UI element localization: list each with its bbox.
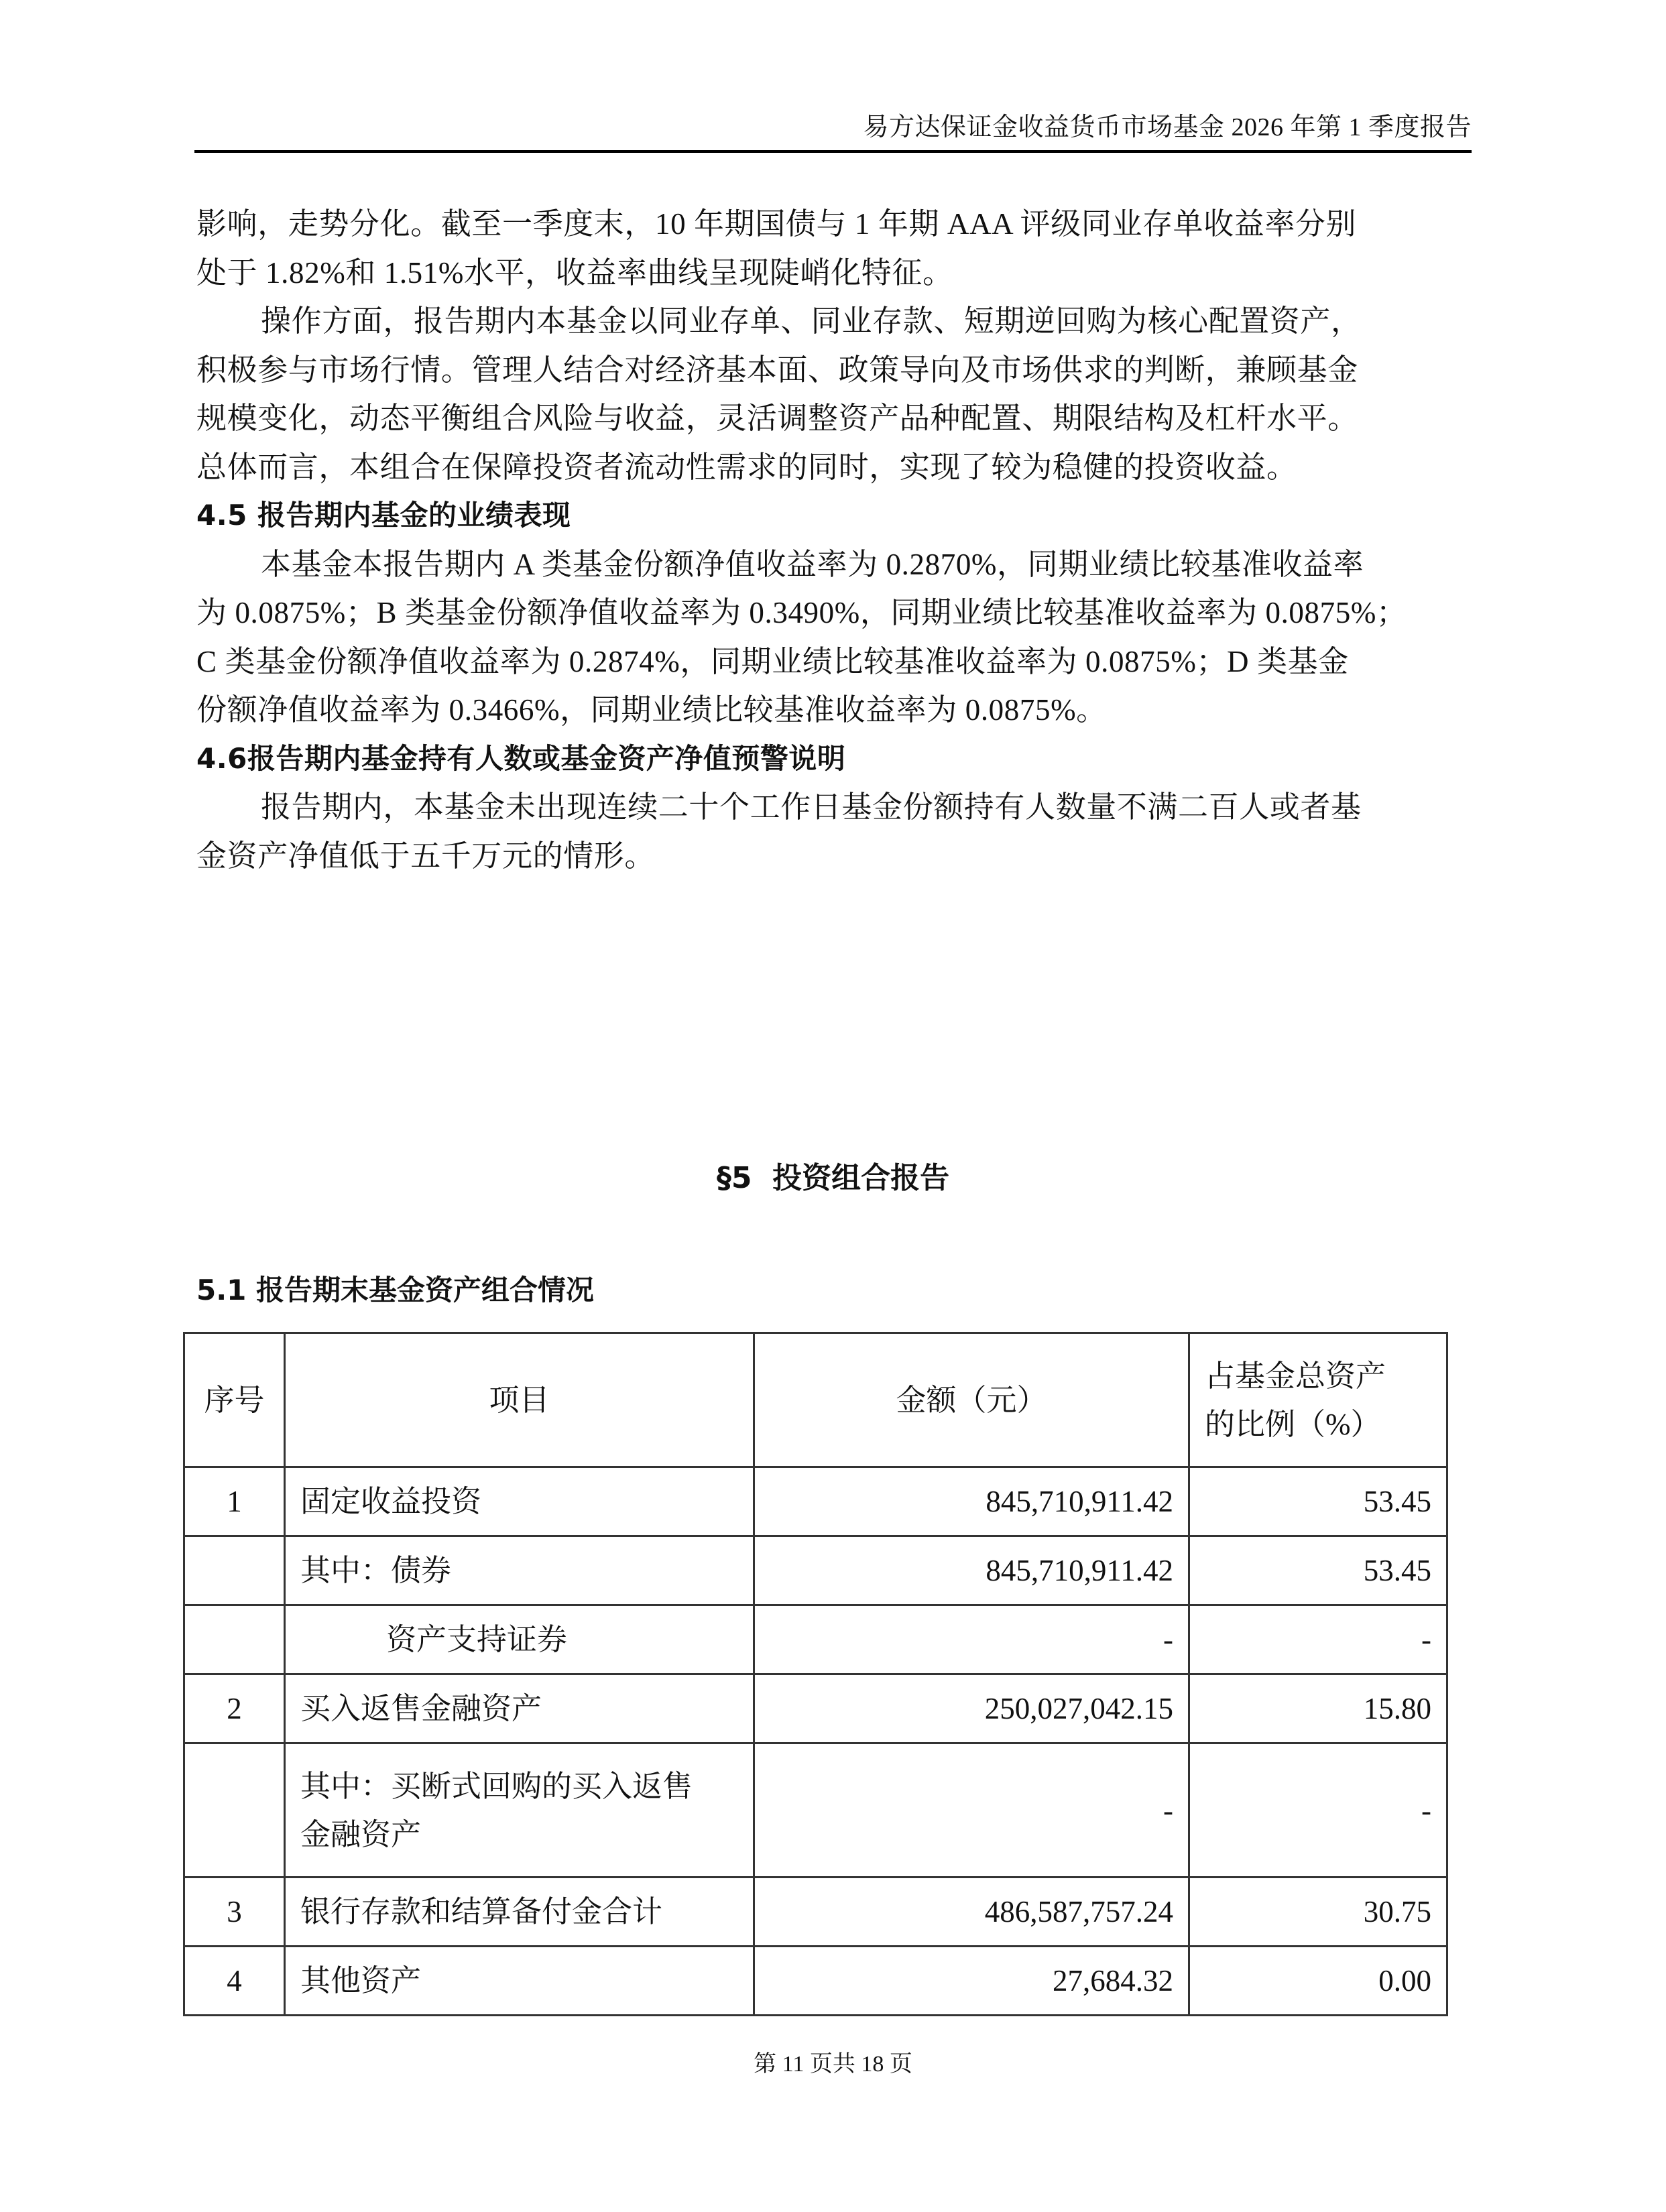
cell-amount: 845,710,911.42: [754, 1467, 1189, 1536]
cell-item: 资产支持证券: [285, 1605, 754, 1674]
cell-item: 银行存款和结算备付金合计: [285, 1878, 754, 1947]
cell-no: 4: [184, 1947, 285, 2016]
table-row: 4 其他资产 27,684.32 0.00: [184, 1947, 1447, 2016]
cell-amount: 27,684.32: [754, 1947, 1189, 2016]
section-5-title: §5 投资组合报告: [0, 1158, 1666, 1199]
text-line: 本基金本报告期内 A 类基金份额净值收益率为 0.2870%，同期业绩比较基准收…: [196, 540, 1470, 589]
cell-no: [184, 1743, 285, 1878]
table-row: 其中：债券 845,710,911.42 53.45: [184, 1536, 1447, 1605]
paragraph-performance: 本基金本报告期内 A 类基金份额净值收益率为 0.2870%，同期业绩比较基准收…: [196, 540, 1470, 735]
heading-4-6: 4.6报告期内基金持有人数或基金资产净值预警说明: [196, 735, 1470, 784]
cell-no: 2: [184, 1674, 285, 1743]
cell-ratio: 53.45: [1189, 1536, 1447, 1605]
text-line: 份额净值收益率为 0.3466%，同期业绩比较基准收益率为 0.0875%。: [196, 686, 1470, 735]
table-row: 其中：买断式回购的买入返售 金融资产 - -: [184, 1743, 1447, 1878]
cell-no: 3: [184, 1878, 285, 1947]
page-header: 易方达保证金收益货币市场基金 2026 年第 1 季度报告: [194, 107, 1472, 154]
header-item: 项目: [285, 1333, 754, 1467]
cell-no: [184, 1605, 285, 1674]
cell-amount: 250,027,042.15: [754, 1674, 1189, 1743]
header-ratio-line: 占基金总资产: [1205, 1352, 1431, 1400]
cell-no: 1: [184, 1467, 285, 1536]
cell-ratio: -: [1189, 1605, 1447, 1674]
header-divider: [194, 150, 1472, 153]
cell-ratio: 15.80: [1189, 1674, 1447, 1743]
table-row: 1 固定收益投资 845,710,911.42 53.45: [184, 1467, 1447, 1536]
cell-amount: -: [754, 1605, 1189, 1674]
cell-item: 固定收益投资: [285, 1467, 754, 1536]
text-line: 规模变化，动态平衡组合风险与收益，灵活调整资产品种配置、期限结构及杠杆水平。: [196, 394, 1470, 443]
cell-ratio: 0.00: [1189, 1947, 1447, 2016]
cell-item-line: 其中：买断式回购的买入返售: [300, 1762, 738, 1810]
cell-item: 其中：债券: [285, 1536, 754, 1605]
text-line: 报告期内，本基金未出现连续二十个工作日基金份额持有人数量不满二百人或者基: [196, 783, 1470, 832]
header-amount: 金额（元）: [754, 1333, 1189, 1467]
cell-item: 其中：买断式回购的买入返售 金融资产: [285, 1743, 754, 1878]
cell-amount: -: [754, 1743, 1189, 1878]
cell-item-line: 金融资产: [300, 1810, 738, 1859]
table-row: 2 买入返售金融资产 250,027,042.15 15.80: [184, 1674, 1447, 1743]
text-line: 总体而言，本组合在保障投资者流动性需求的同时，实现了较为稳健的投资收益。: [196, 443, 1470, 492]
page-body: 影响，走势分化。截至一季度末，10 年期国债与 1 年期 AAA 评级同业存单收…: [196, 200, 1470, 880]
cell-ratio: 53.45: [1189, 1467, 1447, 1536]
text-line: 金资产净值低于五千万元的情形。: [196, 832, 1470, 881]
text-line: 操作方面，报告期内本基金以同业存单、同业存款、短期逆回购为核心配置资产，: [196, 297, 1470, 346]
page-number: 第 11 页共 18 页: [0, 2050, 1666, 2079]
cell-no: [184, 1536, 285, 1605]
cell-item: 买入返售金融资产: [285, 1674, 754, 1743]
cell-amount: 845,710,911.42: [754, 1536, 1189, 1605]
text-line: 影响，走势分化。截至一季度末，10 年期国债与 1 年期 AAA 评级同业存单收…: [196, 200, 1470, 249]
table-row: 资产支持证券 - -: [184, 1605, 1447, 1674]
asset-allocation-table: 序号 项目 金额（元） 占基金总资产 的比例（%） 1 固定收益投资 845,7…: [183, 1332, 1448, 2016]
header-ratio: 占基金总资产 的比例（%）: [1189, 1333, 1447, 1467]
text-line: 为 0.0875%；B 类基金份额净值收益率为 0.3490%，同期业绩比较基准…: [196, 589, 1470, 637]
cell-item: 其他资产: [285, 1947, 754, 2016]
text-line: 积极参与市场行情。管理人结合对经济基本面、政策导向及市场供求的判断，兼顾基金: [196, 346, 1470, 395]
header-ratio-line: 的比例（%）: [1205, 1400, 1431, 1449]
cell-ratio: -: [1189, 1743, 1447, 1878]
cell-amount: 486,587,757.24: [754, 1878, 1189, 1947]
heading-5-1: 5.1 报告期末基金资产组合情况: [196, 1270, 594, 1310]
text-line: C 类基金份额净值收益率为 0.2874%，同期业绩比较基准收益率为 0.087…: [196, 637, 1470, 686]
paragraph-operations: 操作方面，报告期内本基金以同业存单、同业存款、短期逆回购为核心配置资产， 积极参…: [196, 297, 1470, 491]
paragraph-warning: 报告期内，本基金未出现连续二十个工作日基金份额持有人数量不满二百人或者基 金资产…: [196, 783, 1470, 880]
table-header-row: 序号 项目 金额（元） 占基金总资产 的比例（%）: [184, 1333, 1447, 1467]
header-no: 序号: [184, 1333, 285, 1467]
table-row: 3 银行存款和结算备付金合计 486,587,757.24 30.75: [184, 1878, 1447, 1947]
heading-4-5: 4.5 报告期内基金的业绩表现: [196, 491, 1470, 540]
paragraph-market-summary: 影响，走势分化。截至一季度末，10 年期国债与 1 年期 AAA 评级同业存单收…: [196, 200, 1470, 297]
cell-ratio: 30.75: [1189, 1878, 1447, 1947]
text-line: 处于 1.82%和 1.51%水平，收益率曲线呈现陡峭化特征。: [196, 249, 1470, 298]
report-title: 易方达保证金收益货币市场基金 2026 年第 1 季度报告: [863, 111, 1472, 143]
